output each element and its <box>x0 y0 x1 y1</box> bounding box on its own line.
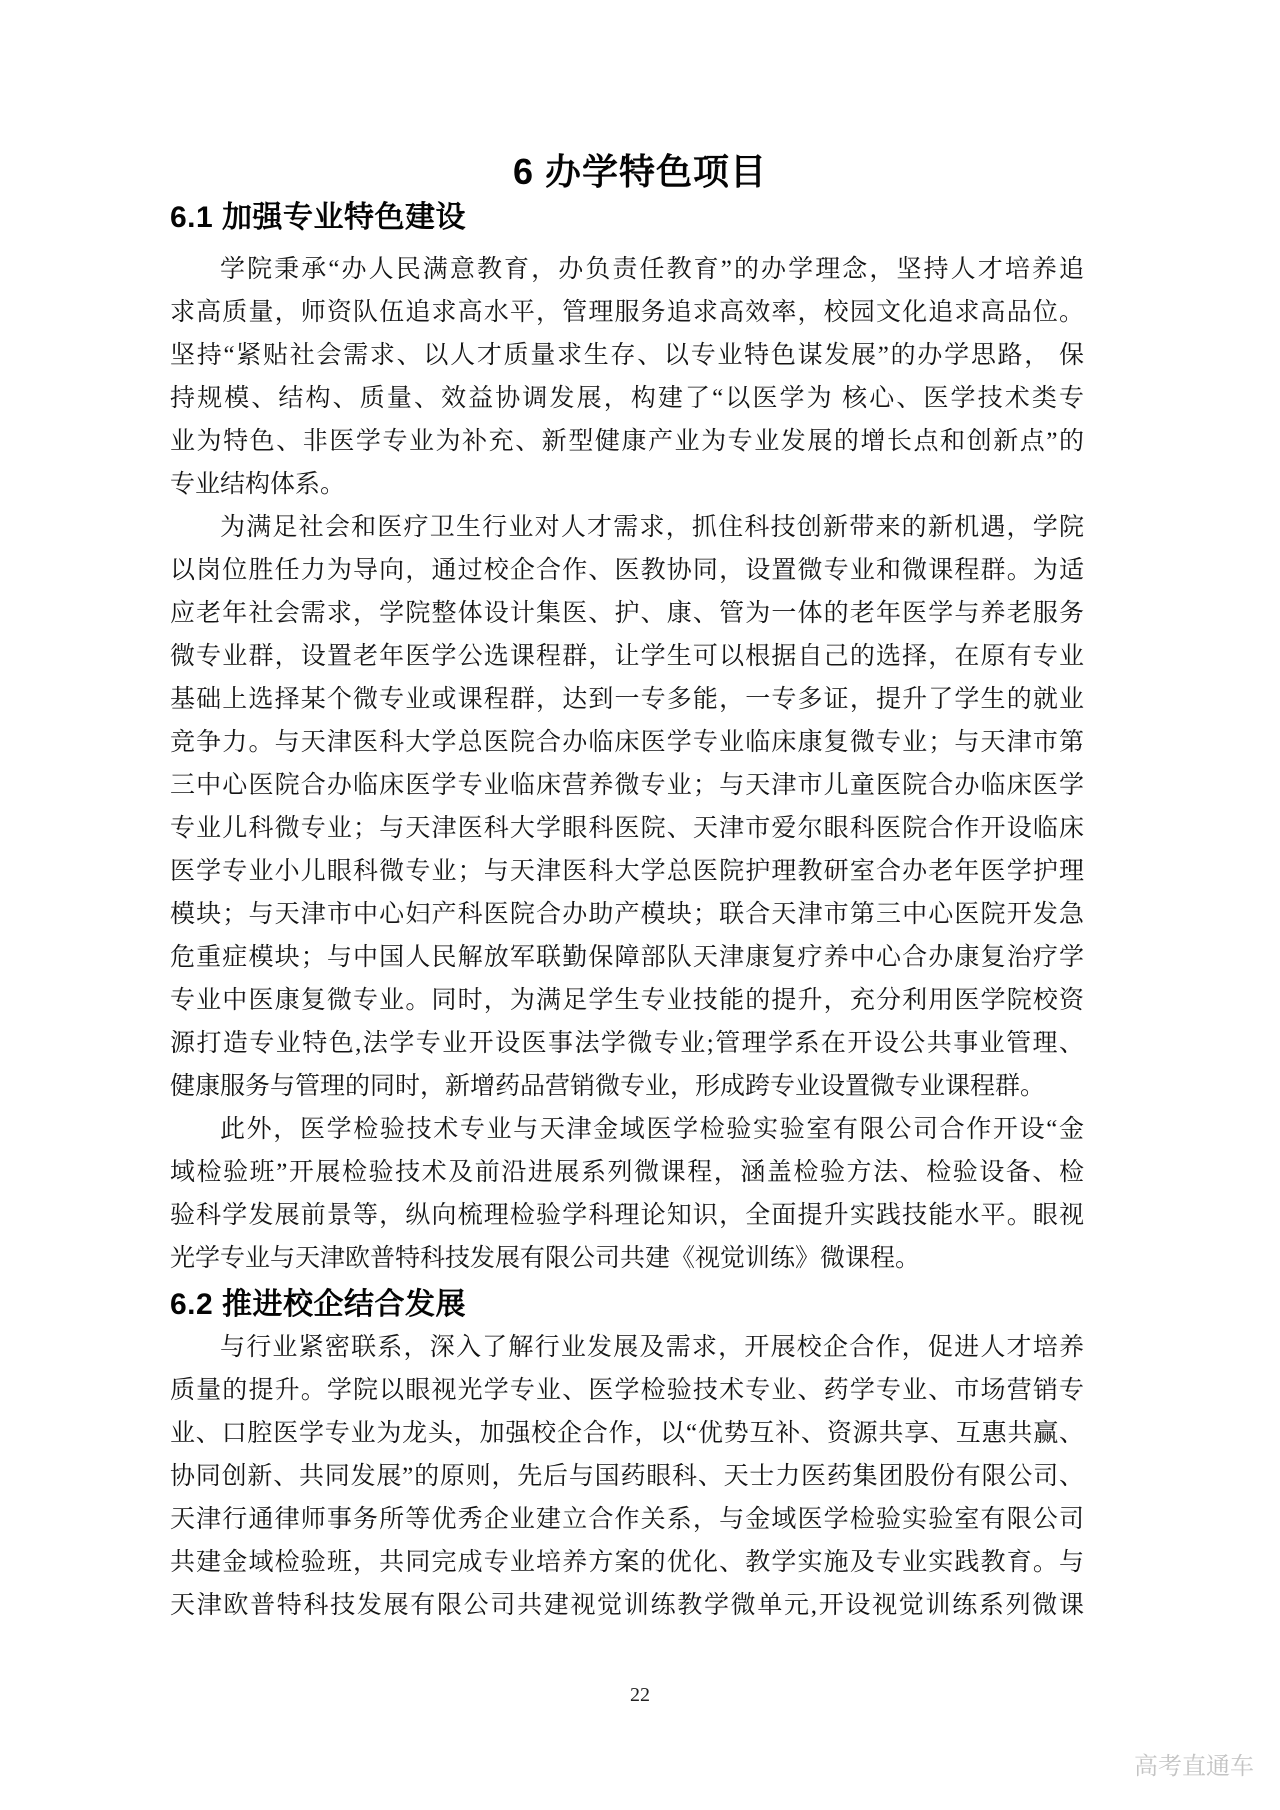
text-line: 健康服务与管理的同时，新增药品营销微专业，形成跨专业设置微专业课程群。 <box>170 1065 1084 1108</box>
document-body: 6.1 加强专业特色建设学院秉承“办人民满意教育，办负责任教育”的办学理念，坚持… <box>170 197 1084 1627</box>
text-line: 以岗位胜任力为导向，通过校企合作、医教协同，设置微专业和微课程群。为适 <box>170 549 1084 592</box>
text-line: 天津欧普特科技发展有限公司共建视觉训练教学微单元,开设视觉训练系列微课 <box>170 1584 1084 1627</box>
text-line: 三中心医院合办临床医学专业临床营养微专业；与天津市儿童医院合办临床医学 <box>170 764 1084 807</box>
text-line: 专业儿科微专业；与天津医科大学眼科医院、天津市爱尔眼科医院合作开设临床 <box>170 807 1084 850</box>
text-line: 医学专业小儿眼科微专业；与天津医科大学总医院护理教研室合办老年医学护理 <box>170 850 1084 893</box>
text-line: 光学专业与天津欧普特科技发展有限公司共建《视觉训练》微课程。 <box>170 1237 1084 1280</box>
text-line: 基础上选择某个微专业或课程群，达到一专多能，一专多证，提升了学生的就业 <box>170 678 1084 721</box>
text-line: 求高质量，师资队伍追求高水平，管理服务追求高效率，校园文化追求高品位。 <box>170 291 1084 334</box>
text-line: 模块；与天津市中心妇产科医院合办助产模块；联合天津市第三中心医院开发急 <box>170 893 1084 936</box>
section-heading: 6.2 推进校企结合发展 <box>170 1284 1084 1326</box>
text-line: 天津行通律师事务所等优秀企业建立合作关系，与金域医学检验实验室有限公司 <box>170 1498 1084 1541</box>
text-line: 验科学发展前景等，纵向梳理检验学科理论知识，全面提升实践技能水平。眼视 <box>170 1194 1084 1237</box>
text-line: 竞争力。与天津医科大学总医院合办临床医学专业临床康复微专业；与天津市第 <box>170 721 1084 764</box>
text-line: 业、口腔医学专业为龙头，加强校企合作，以“优势互补、资源共享、互惠共赢、 <box>170 1412 1084 1455</box>
paragraph: 学院秉承“办人民满意教育，办负责任教育”的办学理念，坚持人才培养追求高质量，师资… <box>170 248 1084 506</box>
text-line: 专业中医康复微专业。同时，为满足学生专业技能的提升，充分利用医学院校资 <box>170 979 1084 1022</box>
text-line: 危重症模块；与中国人民解放军联勤保障部队天津康复疗养中心合办康复治疗学 <box>170 936 1084 979</box>
text-line: 协同创新、共同发展”的原则，先后与国药眼科、天士力医药集团股份有限公司、 <box>170 1455 1084 1498</box>
watermark: 高考直通车 <box>1134 1753 1254 1781</box>
text-line: 应老年社会需求，学院整体设计集医、护、康、管为一体的老年医学与养老服务 <box>170 592 1084 635</box>
page-title: 6 办学特色项目 <box>0 147 1280 197</box>
text-line: 学院秉承“办人民满意教育，办负责任教育”的办学理念，坚持人才培养追 <box>170 248 1084 291</box>
text-line: 此外，医学检验技术专业与天津金域医学检验实验室有限公司合作开设“金 <box>170 1108 1084 1151</box>
text-line: 专业结构体系。 <box>170 463 1084 506</box>
text-line: 持规模、结构、质量、效益协调发展，构建了“以医学为 核心、医学技术类专 <box>170 377 1084 420</box>
document-page: 6 办学特色项目 6.1 加强专业特色建设学院秉承“办人民满意教育，办负责任教育… <box>0 0 1280 1810</box>
text-line: 与行业紧密联系，深入了解行业发展及需求，开展校企合作，促进人才培养 <box>170 1326 1084 1369</box>
text-line: 业为特色、非医学专业为补充、新型健康产业为专业发展的增长点和创新点”的 <box>170 420 1084 463</box>
text-line: 为满足社会和医疗卫生行业对人才需求，抓住科技创新带来的新机遇，学院 <box>170 506 1084 549</box>
paragraph: 与行业紧密联系，深入了解行业发展及需求，开展校企合作，促进人才培养质量的提升。学… <box>170 1326 1084 1627</box>
text-line: 共建金域检验班，共同完成专业培养方案的优化、教学实施及专业实践教育。与 <box>170 1541 1084 1584</box>
text-line: 坚持“紧贴社会需求、以人才质量求生存、以专业特色谋发展”的办学思路， 保 <box>170 334 1084 377</box>
text-line: 微专业群，设置老年医学公选课程群，让学生可以根据自己的选择，在原有专业 <box>170 635 1084 678</box>
text-line: 域检验班”开展检验技术及前沿进展系列微课程，涵盖检验方法、检验设备、检 <box>170 1151 1084 1194</box>
paragraph: 此外，医学检验技术专业与天津金域医学检验实验室有限公司合作开设“金域检验班”开展… <box>170 1108 1084 1280</box>
paragraph: 为满足社会和医疗卫生行业对人才需求，抓住科技创新带来的新机遇，学院以岗位胜任力为… <box>170 506 1084 1108</box>
text-line: 质量的提升。学院以眼视光学专业、医学检验技术专业、药学专业、市场营销专 <box>170 1369 1084 1412</box>
text-line: 源打造专业特色,法学专业开设医事法学微专业;管理学系在开设公共事业管理、 <box>170 1022 1084 1065</box>
section-heading: 6.1 加强专业特色建设 <box>170 197 1084 239</box>
page-number: 22 <box>0 1683 1280 1707</box>
